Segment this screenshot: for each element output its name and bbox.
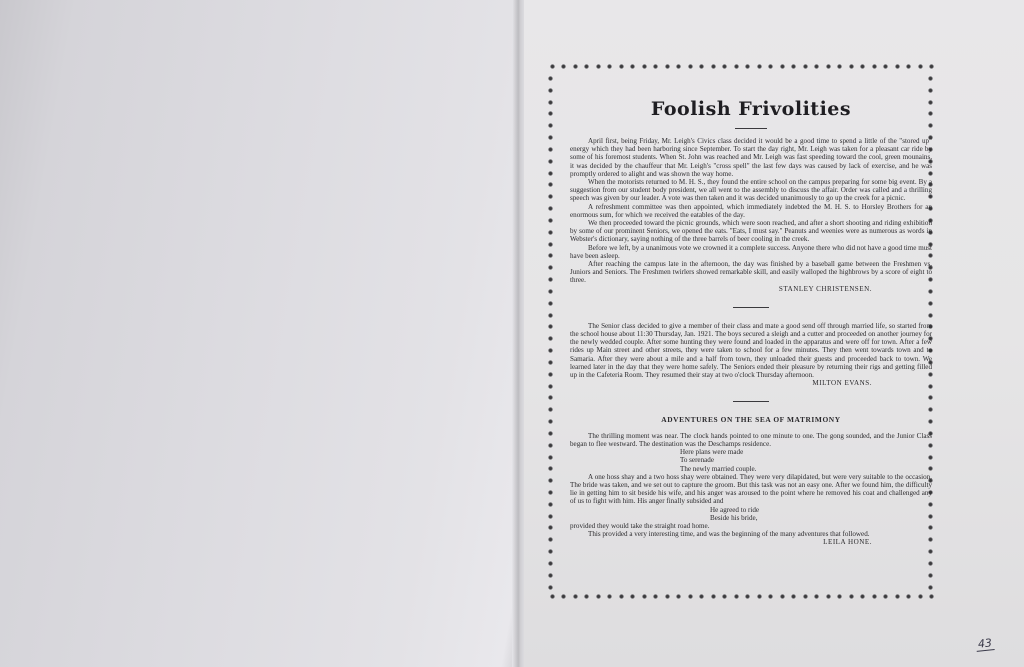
- border-ornament-dot: [548, 384, 553, 389]
- paragraph: When the motorists returned to M. H. S.,…: [570, 178, 932, 203]
- paragraph: This provided a very interesting time, a…: [570, 530, 932, 538]
- divider-rule: [733, 307, 769, 308]
- border-ornament-dot: [550, 64, 555, 69]
- border-ornament-dot: [883, 64, 888, 69]
- border-ornament-dot: [548, 502, 553, 507]
- article-content: Foolish Frivolities April first, being F…: [570, 98, 932, 547]
- border-ornament-dot: [607, 64, 612, 69]
- page-number: 43: [975, 636, 994, 652]
- border-left: [548, 76, 556, 590]
- paragraph: The thrilling moment was near. The clock…: [570, 432, 932, 448]
- verse-line: He agreed to ride: [570, 506, 932, 514]
- story-heading: ADVENTURES ON THE SEA OF MATRIMONY: [570, 416, 932, 424]
- paragraph: A refreshment committee was then appoint…: [570, 203, 932, 219]
- story-senior-sendoff: The Senior class decided to give a membe…: [570, 322, 932, 388]
- border-ornament-dot: [630, 594, 635, 599]
- border-ornament-dot: [548, 194, 553, 199]
- border-ornament-dot: [757, 64, 762, 69]
- border-ornament-dot: [548, 324, 553, 329]
- border-ornament-dot: [548, 431, 553, 436]
- border-ornament-dot: [548, 455, 553, 460]
- border-ornament-dot: [584, 594, 589, 599]
- border-ornament-dot: [918, 64, 923, 69]
- border-bottom: [550, 594, 934, 602]
- border-ornament-dot: [826, 594, 831, 599]
- border-ornament-dot: [928, 76, 933, 81]
- paragraph: We then proceeded toward the picnic grou…: [570, 219, 932, 244]
- border-ornament-dot: [676, 594, 681, 599]
- border-ornament-dot: [548, 265, 553, 270]
- border-ornament-dot: [596, 594, 601, 599]
- border-ornament-dot: [780, 64, 785, 69]
- paragraph: provided they would take the straight ro…: [570, 522, 932, 530]
- border-ornament-dot: [548, 230, 553, 235]
- border-ornament-dot: [814, 594, 819, 599]
- border-ornament-dot: [573, 64, 578, 69]
- author-signature: STANLEY CHRISTENSEN.: [570, 285, 932, 293]
- border-ornament-dot: [561, 64, 566, 69]
- border-ornament-dot: [803, 594, 808, 599]
- border-ornament-dot: [548, 561, 553, 566]
- border-ornament-dot: [803, 64, 808, 69]
- border-ornament-dot: [791, 594, 796, 599]
- border-ornament-dot: [548, 490, 553, 495]
- author-signature: LEILA HONE.: [570, 538, 932, 546]
- border-ornament-dot: [548, 336, 553, 341]
- border-ornament-dot: [699, 594, 704, 599]
- border-ornament-dot: [548, 573, 553, 578]
- border-ornament-dot: [561, 594, 566, 599]
- border-ornament-dot: [826, 64, 831, 69]
- border-ornament-dot: [548, 111, 553, 116]
- border-ornament-dot: [548, 360, 553, 365]
- border-ornament-dot: [768, 64, 773, 69]
- border-ornament-dot: [928, 88, 933, 93]
- border-ornament-dot: [548, 549, 553, 554]
- border-ornament-dot: [872, 594, 877, 599]
- border-ornament-dot: [906, 64, 911, 69]
- border-ornament-dot: [548, 277, 553, 282]
- divider-rule: [735, 128, 767, 129]
- border-ornament-dot: [928, 561, 933, 566]
- border-ornament-dot: [548, 348, 553, 353]
- border-ornament-dot: [688, 594, 693, 599]
- border-ornament-dot: [596, 64, 601, 69]
- border-ornament-dot: [548, 525, 553, 530]
- border-ornament-dot: [548, 301, 553, 306]
- verse-line: Beside his bride,: [570, 514, 932, 522]
- book-spread: 43 Foolish Frivolities April first, bein…: [0, 0, 1024, 667]
- border-ornament-dot: [745, 594, 750, 599]
- story-adventures-matrimony: ADVENTURES ON THE SEA OF MATRIMONY The t…: [570, 416, 932, 546]
- border-ornament-dot: [548, 123, 553, 128]
- border-ornament-dot: [711, 64, 716, 69]
- border-ornament-dot: [619, 64, 624, 69]
- border-ornament-dot: [550, 594, 555, 599]
- border-ornament-dot: [548, 585, 553, 590]
- border-ornament-dot: [548, 407, 553, 412]
- border-ornament-dot: [584, 64, 589, 69]
- border-ornament-dot: [757, 594, 762, 599]
- border-ornament-dot: [872, 64, 877, 69]
- paragraph: Before we left, by a unanimous vote we c…: [570, 244, 932, 260]
- border-ornament-dot: [791, 64, 796, 69]
- border-ornament-dot: [665, 64, 670, 69]
- border-ornament-dot: [745, 64, 750, 69]
- border-ornament-dot: [918, 594, 923, 599]
- border-ornament-dot: [906, 594, 911, 599]
- border-top: [550, 64, 934, 72]
- border-ornament-dot: [548, 419, 553, 424]
- border-ornament-dot: [849, 594, 854, 599]
- story-april-first: April first, being Friday, Mr. Leigh's C…: [570, 137, 932, 293]
- border-ornament-dot: [929, 64, 934, 69]
- border-ornament-dot: [548, 159, 553, 164]
- border-ornament-dot: [548, 182, 553, 187]
- border-ornament-dot: [837, 64, 842, 69]
- border-ornament-dot: [895, 64, 900, 69]
- border-ornament-dot: [722, 594, 727, 599]
- border-ornament-dot: [699, 64, 704, 69]
- border-ornament-dot: [548, 171, 553, 176]
- border-ornament-dot: [860, 594, 865, 599]
- border-ornament-dot: [688, 64, 693, 69]
- paragraph: After reaching the campus late in the af…: [570, 260, 932, 285]
- border-ornament-dot: [630, 64, 635, 69]
- border-ornament-dot: [548, 395, 553, 400]
- border-ornament-dot: [548, 206, 553, 211]
- border-ornament-dot: [860, 64, 865, 69]
- border-ornament-dot: [928, 573, 933, 578]
- border-ornament-dot: [883, 594, 888, 599]
- paragraph: The Senior class decided to give a membe…: [570, 322, 932, 379]
- page-title: Foolish Frivolities: [570, 98, 932, 120]
- border-ornament-dot: [849, 64, 854, 69]
- paragraph: A one hoss shay and a two hoss shay were…: [570, 473, 932, 506]
- border-ornament-dot: [548, 372, 553, 377]
- border-ornament-dot: [653, 64, 658, 69]
- border-ornament-dot: [642, 64, 647, 69]
- border-ornament-dot: [734, 64, 739, 69]
- border-ornament-dot: [548, 313, 553, 318]
- border-ornament-dot: [548, 514, 553, 519]
- border-ornament-dot: [548, 135, 553, 140]
- border-ornament-dot: [929, 594, 934, 599]
- border-ornament-dot: [711, 594, 716, 599]
- border-ornament-dot: [653, 594, 658, 599]
- border-ornament-dot: [837, 594, 842, 599]
- left-page-blank: [0, 0, 520, 667]
- border-ornament-dot: [734, 594, 739, 599]
- border-ornament-dot: [895, 594, 900, 599]
- border-ornament-dot: [548, 218, 553, 223]
- paragraph: April first, being Friday, Mr. Leigh's C…: [570, 137, 932, 178]
- border-ornament-dot: [548, 478, 553, 483]
- border-ornament-dot: [722, 64, 727, 69]
- border-ornament-dot: [814, 64, 819, 69]
- author-signature: MILTON EVANS.: [570, 379, 932, 387]
- border-ornament-dot: [642, 594, 647, 599]
- border-ornament-dot: [548, 443, 553, 448]
- border-ornament-dot: [548, 76, 553, 81]
- border-ornament-dot: [619, 594, 624, 599]
- border-ornament-dot: [548, 242, 553, 247]
- border-ornament-dot: [548, 253, 553, 258]
- border-ornament-dot: [928, 585, 933, 590]
- border-ornament-dot: [928, 549, 933, 554]
- verse-line: Here plans were made: [570, 448, 932, 456]
- border-ornament-dot: [548, 289, 553, 294]
- border-ornament-dot: [548, 88, 553, 93]
- border-ornament-dot: [548, 100, 553, 105]
- border-ornament-dot: [548, 147, 553, 152]
- border-ornament-dot: [768, 594, 773, 599]
- border-ornament-dot: [780, 594, 785, 599]
- border-ornament-dot: [676, 64, 681, 69]
- border-ornament-dot: [548, 466, 553, 471]
- border-ornament-dot: [607, 594, 612, 599]
- verse-line: The newly married couple.: [570, 465, 932, 473]
- verse-line: To serenade: [570, 456, 932, 464]
- border-ornament-dot: [665, 594, 670, 599]
- border-ornament-dot: [573, 594, 578, 599]
- divider-rule: [733, 401, 769, 402]
- border-ornament-dot: [548, 537, 553, 542]
